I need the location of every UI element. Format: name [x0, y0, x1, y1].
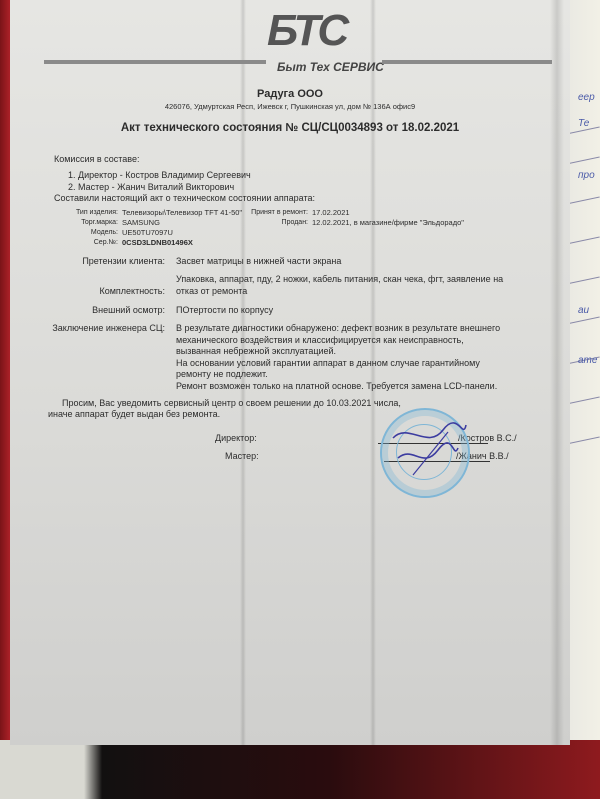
background-surface	[0, 740, 600, 799]
inspection-value: ПОтертости по корпусу	[176, 305, 273, 315]
document-page: БТС Быт Тех СЕРВИС Радуга ООО 426076, Уд…	[10, 0, 570, 745]
handwritten-signature	[388, 420, 468, 480]
company-logo: БТС Быт Тех СЕРВИС	[245, 6, 395, 62]
conclusion-line: ремонту не подлежит.	[176, 369, 500, 381]
request-line: Просим, Вас уведомить сервисный центр о …	[62, 398, 401, 408]
device-serial-label: Сер.№:	[40, 239, 118, 246]
company-name: Радуга ООО	[10, 88, 570, 100]
conclusion-text: В результате диагностики обнаружено: деф…	[176, 323, 500, 392]
handwriting-scribble: про	[578, 170, 595, 181]
master-label: Мастер:	[225, 451, 259, 461]
handwriting-scribble: ате	[578, 355, 597, 366]
kit-value-line: отказ от ремонта	[176, 286, 247, 296]
accepted-label: Принят в ремонт:	[230, 209, 308, 216]
accepted-value: 17.02.2021	[312, 208, 350, 217]
claims-value: Засвет матрицы в нижней части экрана	[176, 256, 341, 266]
request-line: иначе аппарат будет выдан без ремонта.	[48, 409, 220, 419]
conclusion-line: На основании условий гарантии аппарат в …	[176, 358, 500, 370]
kit-label: Комплектность:	[50, 286, 165, 296]
logo-rule-left	[44, 60, 266, 64]
company-address: 426076, Удмуртская Респ, Ижевск г, Пушки…	[10, 102, 570, 111]
commission-heading: Комиссия в составе:	[54, 154, 139, 164]
commission-member: 2. Мастер - Жанич Виталий Викторович	[68, 182, 234, 192]
conclusion-line: механического воздействия и классифициру…	[176, 335, 500, 347]
commission-member: 1. Директор - Костров Владимир Сергеевич	[68, 170, 251, 180]
device-serial-value: 0CSD3LDNB01496X	[122, 238, 193, 247]
device-model-label: Модель:	[40, 229, 118, 236]
sold-value: 12.02.2021, в магазине/фирме "Эльдорадо"	[312, 218, 464, 227]
conclusion-line: вызванная небрежной эксплуатацией.	[176, 346, 500, 358]
handwriting-scribble: Те	[578, 118, 589, 129]
inspection-label: Внешний осмотр:	[50, 305, 165, 315]
logo-subtitle: Быт Тех СЕРВИС	[277, 60, 384, 74]
handwriting-scribble: аи	[578, 305, 589, 316]
device-brand-label: Торг.марка:	[40, 219, 118, 226]
logo-letters: БТС	[267, 6, 346, 56]
device-model-value: UE50TU7097U	[122, 228, 173, 237]
conclusion-label: Заключение инженера СЦ:	[30, 323, 165, 333]
scan-artifact	[550, 0, 564, 745]
conclusion-line: Ремонт возможен только на платной основе…	[176, 381, 500, 393]
act-title: Акт технического состояния № СЦ/СЦ003489…	[10, 122, 570, 134]
claims-label: Претензии клиента:	[50, 256, 165, 266]
handwriting-scribble: еер	[578, 92, 595, 103]
compiled-statement: Составили настоящий акт о техническом со…	[54, 193, 315, 203]
sold-label: Продан:	[230, 219, 308, 226]
conclusion-line: В результате диагностики обнаружено: деф…	[176, 323, 500, 335]
device-brand-value: SAMSUNG	[122, 218, 160, 227]
device-type-label: Тип изделия:	[40, 209, 118, 216]
director-label: Директор:	[215, 433, 257, 443]
kit-value-line: Упаковка, аппарат, пду, 2 ножки, кабель …	[176, 274, 503, 284]
device-type-value: Телевизоры\Телевизор TFT 41-50"	[122, 208, 242, 217]
logo-rule-right	[382, 60, 552, 64]
